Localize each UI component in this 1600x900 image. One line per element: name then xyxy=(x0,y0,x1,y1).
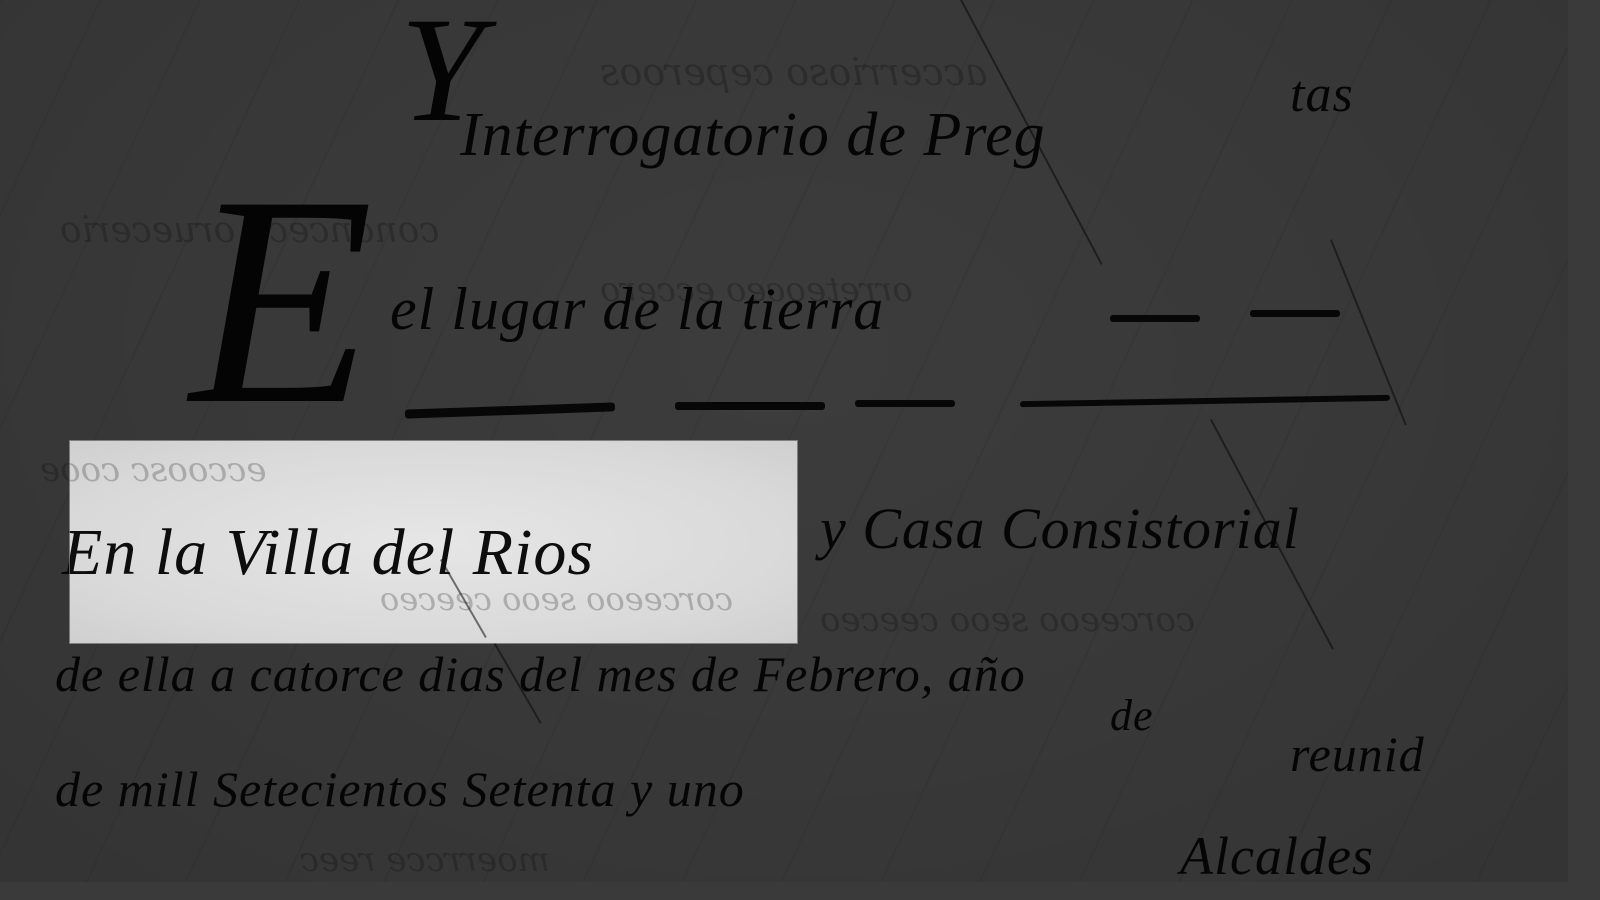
manuscript-line-4-sub: de xyxy=(1110,690,1154,741)
manuscript-marginal-note-2: reunid xyxy=(1290,725,1425,783)
bleed-through-text: moerrcce reec xyxy=(300,840,550,880)
highlighted-text: En la Villa del Rios xyxy=(70,515,594,591)
decorative-initial-e-tail: E xyxy=(190,441,373,450)
manuscript-marginal-note: tas xyxy=(1290,65,1354,124)
manuscript-line-3-continued: y Casa Consistorial xyxy=(820,495,1300,562)
manuscript-line-2: el lugar de la tierra xyxy=(390,275,884,344)
decorative-initial-e: E xyxy=(190,150,373,450)
bleed-through-text: accerrioso ceperoos xyxy=(600,50,988,94)
manuscript-page: accerrioso ceperoos cononcece oruecerio … xyxy=(0,0,1568,882)
manuscript-line-4: de ella a catorce dias del mes de Febrer… xyxy=(55,645,1026,703)
manuscript-heading: Interrogatorio de Preg xyxy=(460,100,1046,171)
highlighted-region[interactable]: eccoosc cooe corceeoo seoo ceeceo E En l… xyxy=(70,441,797,643)
bleed-through-text: corceeoo seoo ceeceo xyxy=(820,600,1195,640)
manuscript-line-6: Alcaldes xyxy=(1180,825,1374,882)
manuscript-line-5: de mill Setecientos Setenta y uno xyxy=(55,760,745,818)
